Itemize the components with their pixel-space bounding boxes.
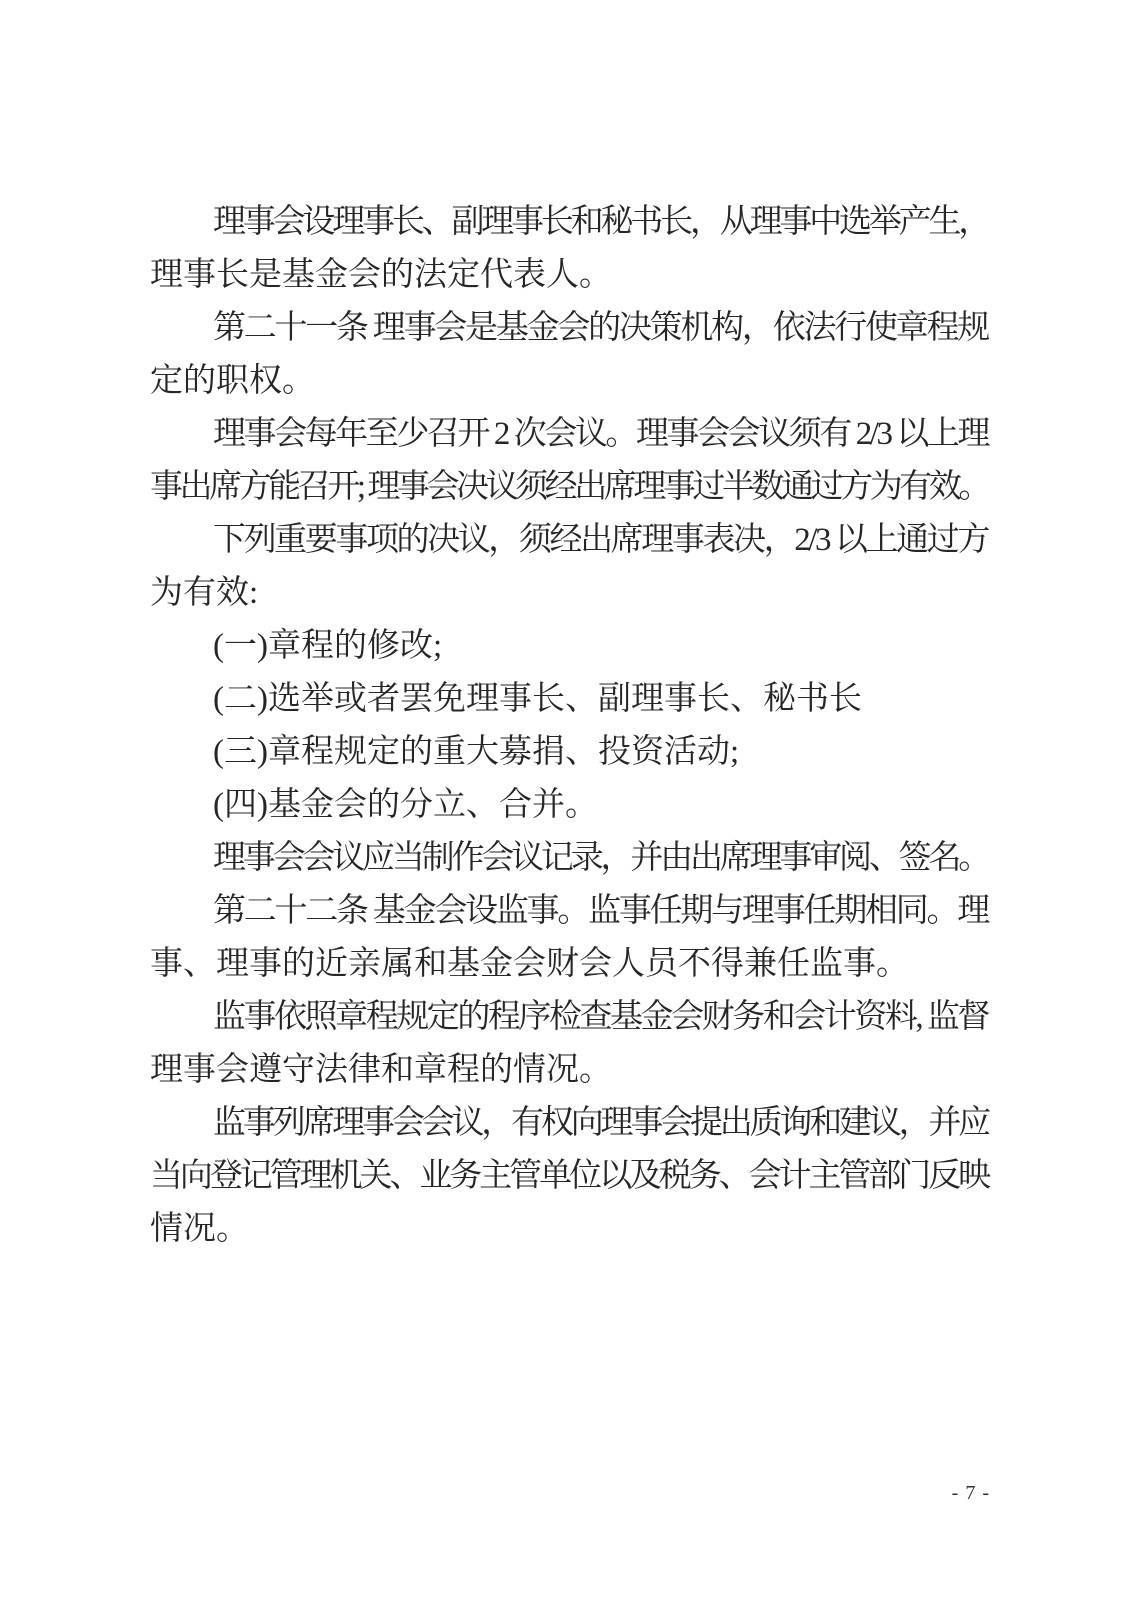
text-line: 第二十一条 理事会是基金会的决策机构，依法行使章程规 [150, 302, 988, 355]
text-line: 理事会每年至少召开 2 次会议。理事会会议须有 2/3 以上理 [150, 408, 988, 461]
document-body: 理事会设理事长、副理事长和秘书长，从理事中选举产生，理事长是基金会的法定代表人。… [150, 196, 988, 1256]
text-line-content: 理事会每年至少召开 2 次会议。理事会会议须有 2/3 以上理 [213, 408, 988, 461]
text-line-content: 当向登记管理机关、业务主管单位以及税务、会计主管部门反映 [150, 1150, 988, 1203]
text-line-content: (一)章程的修改; [213, 620, 442, 673]
text-line-content: 理事会会议应当制作会议记录，并由出席理事审阅、签名。 [213, 832, 988, 885]
text-line-content: 理事会设理事长、副理事长和秘书长，从理事中选举产生， [213, 196, 988, 249]
text-line: 事出席方能召开; 理事会决议须经出席理事过半数通过方为有效。 [150, 461, 988, 514]
text-line: 理事会设理事长、副理事长和秘书长，从理事中选举产生， [150, 196, 988, 249]
text-line: 监事列席理事会会议，有权向理事会提出质询和建议，并应 [150, 1097, 988, 1150]
text-line-content: 第二十一条 理事会是基金会的决策机构，依法行使章程规 [213, 302, 988, 355]
text-line: (一)章程的修改; [150, 620, 988, 673]
text-line: 当向登记管理机关、业务主管单位以及税务、会计主管部门反映 [150, 1150, 988, 1203]
text-line-content: 下列重要事项的决议，须经出席理事表决，2/3 以上通过方 [213, 514, 988, 567]
page-number: - 7 - [150, 1482, 990, 1504]
text-line: 理事会会议应当制作会议记录，并由出席理事审阅、签名。 [150, 832, 988, 885]
text-line: 事、理事的近亲属和基金会财会人员不得兼任监事。 [150, 938, 988, 991]
text-line: (四)基金会的分立、合并。 [150, 779, 988, 832]
document-page: 理事会设理事长、副理事长和秘书长，从理事中选举产生，理事长是基金会的法定代表人。… [0, 0, 1131, 1600]
text-line-content: (二)选举或者罢免理事长、副理事长、秘书长 [213, 673, 862, 726]
text-line-content: 事、理事的近亲属和基金会财会人员不得兼任监事。 [150, 938, 909, 991]
text-line: 定的职权。 [150, 355, 988, 408]
text-line-content: (三)章程规定的重大募捐、投资活动; [213, 726, 739, 779]
text-line-content: 定的职权。 [150, 355, 315, 408]
text-line: 为有效: [150, 567, 988, 620]
text-line-content: 为有效: [150, 567, 258, 620]
text-line-content: 理事会遵守法律和章程的情况。 [150, 1044, 612, 1097]
text-line-content: 情况。 [150, 1203, 249, 1256]
text-line-content: 理事长是基金会的法定代表人。 [150, 249, 612, 302]
text-line: (三)章程规定的重大募捐、投资活动; [150, 726, 988, 779]
text-line: 理事会遵守法律和章程的情况。 [150, 1044, 988, 1097]
text-line: 理事长是基金会的法定代表人。 [150, 249, 988, 302]
text-line: 监事依照章程规定的程序检查基金会财务和会计资料, 监督 [150, 991, 988, 1044]
text-line-content: 事出席方能召开; 理事会决议须经出席理事过半数通过方为有效。 [150, 461, 988, 514]
text-line-content: 第二十二条 基金会设监事。监事任期与理事任期相同。理 [213, 885, 988, 938]
text-line: 下列重要事项的决议，须经出席理事表决，2/3 以上通过方 [150, 514, 988, 567]
text-line-content: 监事列席理事会会议，有权向理事会提出质询和建议，并应 [213, 1097, 988, 1150]
text-line: 第二十二条 基金会设监事。监事任期与理事任期相同。理 [150, 885, 988, 938]
text-line: 情况。 [150, 1203, 988, 1256]
text-line-content: (四)基金会的分立、合并。 [213, 779, 598, 832]
text-line: (二)选举或者罢免理事长、副理事长、秘书长 [150, 673, 988, 726]
text-line-content: 监事依照章程规定的程序检查基金会财务和会计资料, 监督 [213, 991, 988, 1044]
